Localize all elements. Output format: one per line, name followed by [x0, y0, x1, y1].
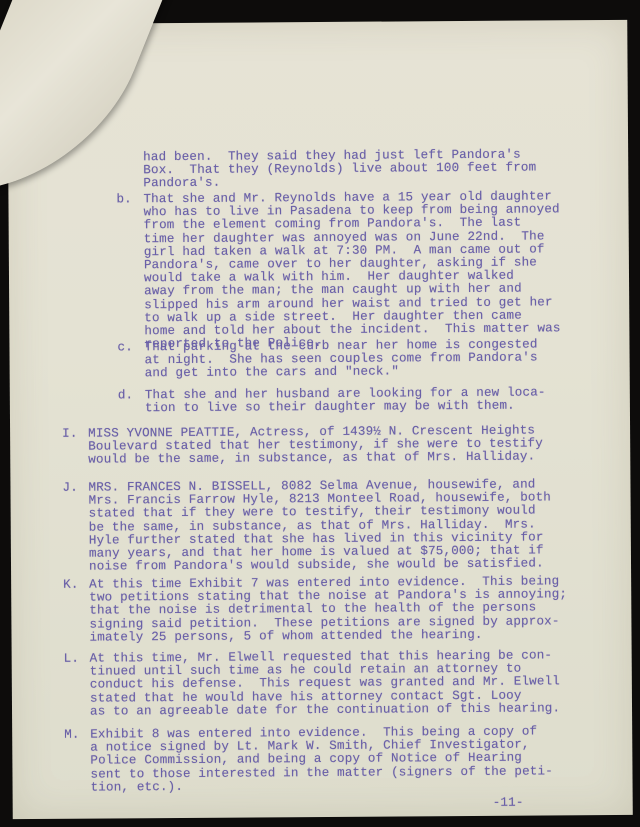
page-number: -11- — [493, 797, 524, 810]
item-text: At this time, Mr. Elwell requested that … — [90, 649, 561, 718]
item-text: Exhibit 8 was entered into evidence. Thi… — [90, 725, 553, 794]
sub-item-label: b. — [116, 193, 146, 206]
item-text: MISS YVONNE PEATTIE, Actress, of 1439½ N… — [88, 424, 543, 467]
sub-item-text: That she and Mr. Reynolds have a 15 year… — [143, 190, 560, 351]
sub-item-text: That she and her husband are looking for… — [145, 386, 546, 415]
continuation-text: had been. They said they had just left P… — [143, 148, 536, 190]
sub-item-text: That parking at the curb near her home i… — [144, 338, 537, 380]
document-page: had been. They said they had just left P… — [7, 20, 633, 819]
item-text: At this time Exhibit 7 was entered into … — [89, 575, 567, 644]
item-text: MRS. FRANCES N. BISSELL, 8082 Selma Aven… — [88, 478, 551, 574]
sub-item-label: d. — [118, 389, 148, 402]
sub-item-label: c. — [117, 341, 147, 354]
